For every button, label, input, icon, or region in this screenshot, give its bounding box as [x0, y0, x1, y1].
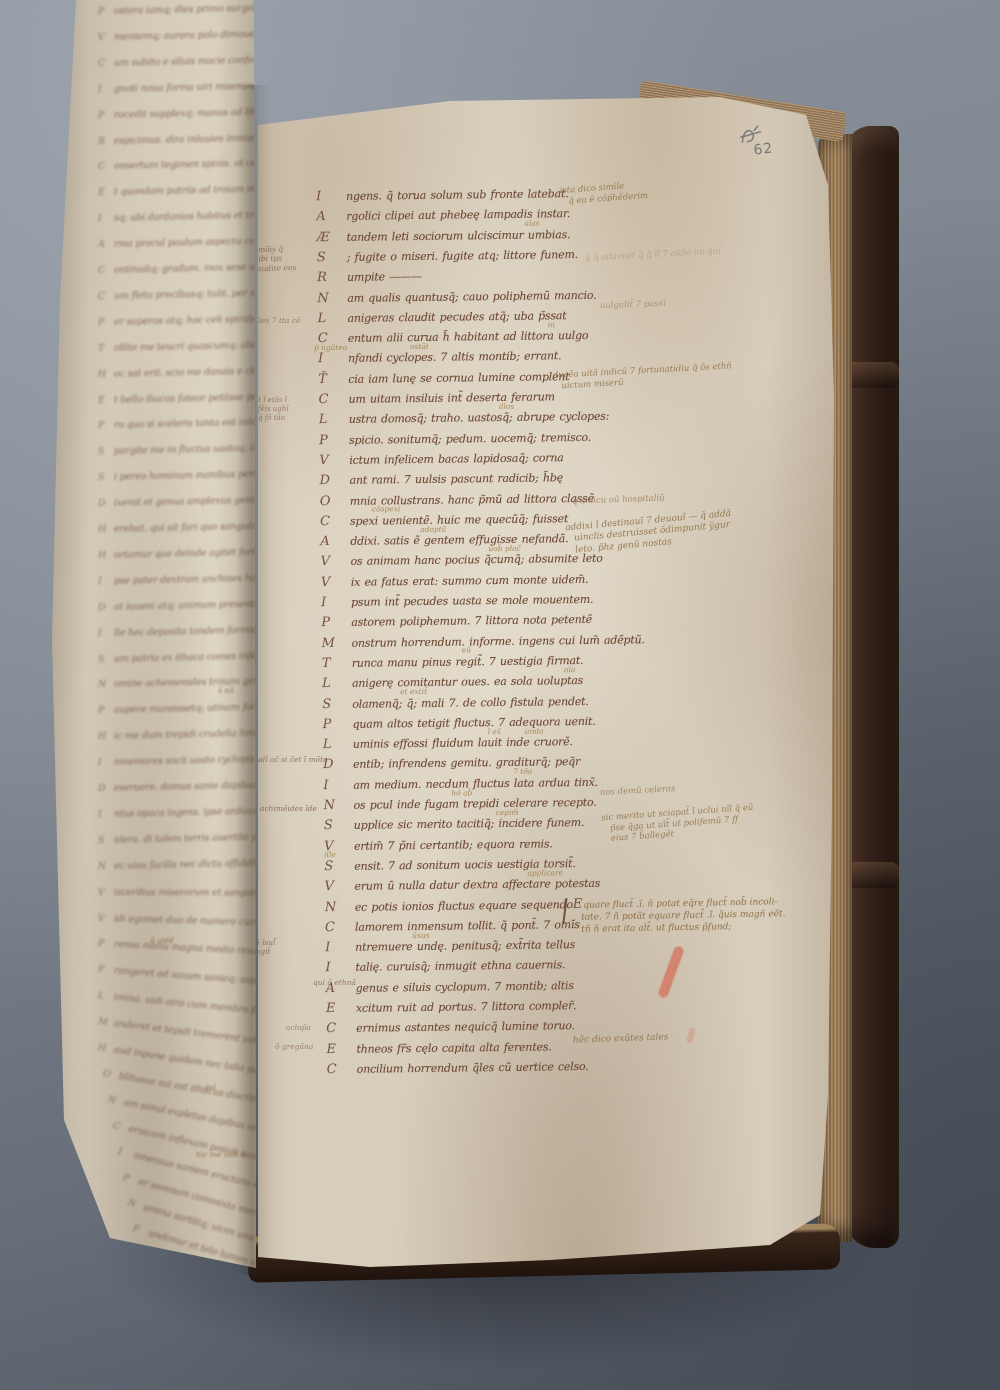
verse-initial: L — [322, 676, 331, 691]
verse-initial: P — [321, 615, 330, 630]
verse-line-text: xcitum ruit ad portus. 7 littora compler… — [356, 999, 577, 1015]
left-page-outer-initial: s — [43, 327, 54, 374]
verse-initial: I — [323, 778, 328, 793]
left-page-outer-initial: b — [43, 797, 54, 844]
margin-note: aclop̃a — [286, 1023, 311, 1032]
verse-line-text: ernimus astantes nequicq̃ lumine toruo. — [356, 1019, 575, 1035]
interlinear-gloss: ille — [324, 850, 336, 859]
verse-initial: I — [325, 960, 330, 975]
verse-line-text: tandem leti sociorum ulciscimur umbias. — [347, 228, 571, 244]
folio-number: 62 — [753, 140, 775, 158]
interlinear-gloss: ĩ ex̃ — [488, 727, 502, 736]
left-page-outer-initial: s — [43, 562, 54, 609]
verse-initial: T — [322, 656, 331, 671]
interlinear-gloss: ũsus — [412, 930, 429, 939]
verse-initial: S — [317, 250, 326, 265]
spine-band — [845, 362, 899, 388]
spine-band — [845, 862, 899, 888]
interlinear-gloss: illos — [499, 402, 515, 411]
verse-line-text: ant rami. 7 uulsis pascunt radicib; h̃bę — [349, 471, 563, 487]
verse-initial: I — [318, 352, 323, 367]
left-page-outer-initial: i — [43, 468, 54, 515]
left-page-shading — [40, 0, 260, 1275]
verse-initial: V — [324, 879, 334, 894]
verse-line-text: umpite ——— — [347, 270, 422, 284]
left-page-outer-initial: h — [43, 421, 54, 468]
interlinear-gloss: unda — [525, 726, 544, 735]
margin-note-line: qui õ ethnã — [313, 978, 356, 987]
interlinear-gloss: in — [548, 320, 555, 329]
verse-initial: N — [325, 900, 337, 915]
verse-line-text: ictum infelicem bacas lapidosaq̃; corna — [349, 451, 563, 467]
verse-line-text: uminis effossi fluidum lauit inde cruorẽ… — [353, 735, 573, 751]
verse-initial: C — [327, 1062, 337, 1077]
book-cover-right — [845, 126, 899, 1248]
right-page: 62 Ingens. q̃ torua solum sub fronte lat… — [250, 95, 850, 1275]
margin-note: Equare fluct̃ .ĩ. ñ potat eq̃re fluct̃ n… — [573, 893, 786, 935]
left-page-outer-initial: s — [43, 1032, 54, 1079]
verse-initial: C — [326, 1021, 336, 1036]
verse-line-text: ntremuere undę. penitusq̃; ext̃rita tell… — [355, 938, 575, 954]
verse-line-text: anigeras claudit pecudes atq̃; uba p̃ssa… — [347, 309, 566, 325]
verse-initial: E — [326, 1001, 336, 1016]
left-page-outer-initial: u — [43, 515, 54, 562]
verse-initial: I — [316, 189, 321, 204]
verse-initial: O — [320, 494, 331, 509]
verse-initial: L — [323, 737, 332, 752]
interlinear-gloss: cepim̃ — [496, 808, 519, 817]
verse-line-text: entib; infrendens gemitu. graditurq̃; pe… — [353, 755, 580, 771]
interlinear-gloss: applicare — [527, 868, 563, 877]
verse-line-text: talię. curuisq̃; inmugit ethna cauernis. — [355, 959, 565, 975]
left-page-outer-initial: p — [43, 891, 54, 938]
verse-initial: V — [320, 554, 330, 569]
gutter-shadow — [236, 85, 272, 1275]
verse-initial: M — [321, 636, 334, 651]
margin-note: qui õ ethnã — [313, 978, 356, 987]
verse-line-text: lamorem inmensum tollit. q̃ pont̃. 7 omĩ… — [355, 918, 580, 934]
verse-initial: S — [322, 697, 331, 712]
verse-line-text: cia iam lunę se cornua lumine complent — [348, 370, 569, 386]
photo-background: esphiusdpfnbupræst Postera iamq; dies pr… — [0, 0, 1000, 1390]
verse-initial: A — [316, 209, 326, 224]
interlinear-gloss: oĩa — [564, 665, 575, 674]
verse-initial: L — [319, 412, 328, 427]
verse-line-text: ec potis ionios fluctus equare sequendo — [355, 898, 573, 914]
interlinear-gloss: et extit̃ — [400, 687, 427, 696]
left-page-outer-initial: æ — [43, 985, 54, 1032]
verse-initial: I — [325, 940, 330, 955]
interlinear-gloss: uob̃ plac̃ — [488, 544, 521, 553]
interlinear-gloss: cõspexi — [372, 504, 401, 513]
verse-initial: R — [317, 270, 327, 285]
left-page-outer-initial: n — [43, 750, 54, 797]
verse-line-text: ertim̃ 7 p̃ni certantib; equora remis. — [354, 837, 553, 852]
left-page-outer-initial: t — [43, 1079, 54, 1126]
verse-initial: I — [321, 595, 326, 610]
margin-note-line: aclop̃a — [286, 1023, 311, 1032]
verse-line-text: genus e siluis cyclopum. 7 montib; altis — [356, 979, 574, 995]
verse-initial: P — [322, 717, 331, 732]
verse-initial: S — [324, 818, 333, 833]
verse-initial: T̃ — [318, 372, 327, 387]
interlinear-gloss: p̃ ngãteo — [314, 343, 347, 352]
verse-initial: V — [319, 453, 329, 468]
left-page-outer-initial: p — [43, 374, 54, 421]
verse-initial: C — [325, 920, 335, 935]
margin-note-line: õ gregãna — [275, 1042, 313, 1051]
verse-line-text: spexi uenientẽ. huic me quecũq̃; fuisset — [350, 512, 568, 528]
interlinear-gloss: 7 tõa — [513, 767, 532, 776]
verse-initial: A — [320, 534, 330, 549]
left-page-outer-initial: u — [43, 844, 54, 891]
margin-note: õ gregãna — [275, 1042, 313, 1051]
verse-initial: V — [321, 575, 331, 590]
interlinear-gloss: ostãt — [410, 342, 429, 351]
verse-line-text: nfandi cyclopes. 7 altis montib; errant. — [348, 350, 561, 366]
verse-initial: P — [319, 433, 328, 448]
verse-line-text: um uitam insiluis int̃ deserta ferarum — [348, 390, 554, 406]
verse-initial: N — [323, 798, 335, 813]
verse-initial: C — [318, 392, 328, 407]
interlinear-gloss: adoptã — [420, 524, 446, 533]
verse-initial: D — [319, 473, 330, 488]
interlinear-gloss: hõ ab̃ — [451, 788, 472, 797]
left-page-outer-initial: e — [43, 280, 54, 327]
verse-initial: L — [317, 311, 326, 326]
verse-line-text: thneos fr̃s cęlo capita alta ferentes. — [356, 1040, 551, 1055]
left-page: esphiusdpfnbupræst Postera iamq; dies pr… — [40, 0, 260, 1275]
margin-note-initial: E — [573, 897, 583, 912]
verse-initial: S — [324, 859, 333, 874]
interlinear-gloss: aĩas — [524, 219, 539, 228]
verse-initial: N — [317, 291, 329, 306]
verse-initial: Æ — [316, 230, 329, 245]
verse-line-text: ddixi. satis ẽ gentem effugisse nefandã. — [350, 532, 568, 548]
left-page-outer-initials: esphiusdpfnbupræst — [43, 280, 54, 1126]
verse-initial: E — [326, 1042, 336, 1057]
verse-initial: C — [320, 514, 330, 529]
folio-annotation: 62 — [737, 124, 766, 153]
left-page-outer-initial: f — [43, 703, 54, 750]
left-page-outer-initial: r — [43, 938, 54, 985]
verse-line-text: ngens. q̃ torua solum sub fronte latebat… — [346, 187, 569, 203]
interlinear-gloss: eũ — [462, 646, 471, 655]
